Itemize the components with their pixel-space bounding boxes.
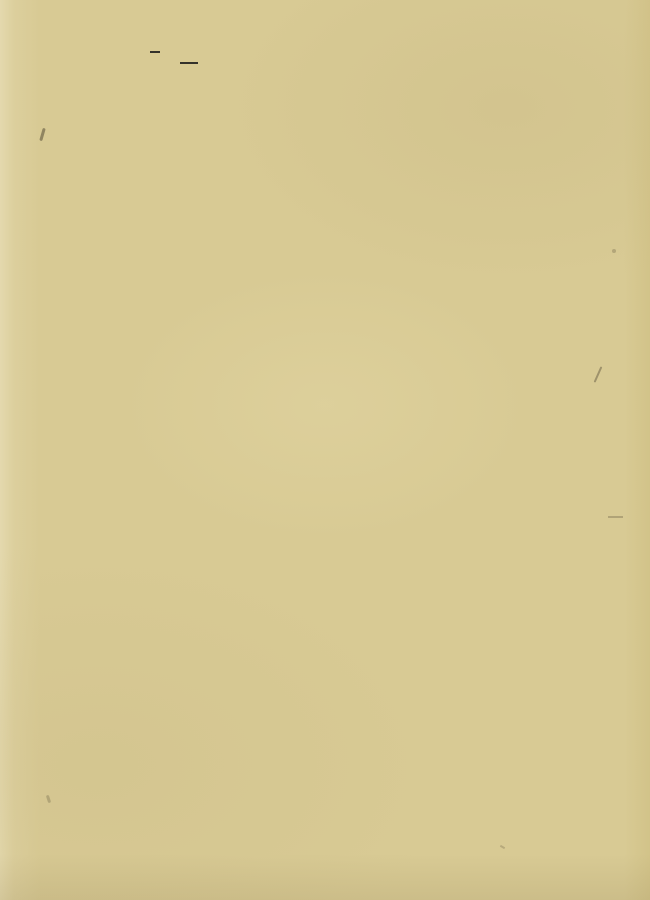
- handwritten-formula: [150, 33, 632, 69]
- formula-lhs-fraction: [150, 48, 160, 54]
- formula-rhs-fraction: [180, 38, 198, 65]
- ink-speck: [612, 249, 616, 253]
- margin-pen-mark: [594, 366, 603, 382]
- scanned-document-page: [0, 0, 650, 900]
- ink-speck: [500, 845, 505, 849]
- ink-speck: [39, 128, 45, 141]
- formula-rhs-numerator: [180, 38, 198, 64]
- page-content: [84, 33, 632, 73]
- margin-dash-mark: [608, 516, 623, 518]
- ink-speck: [46, 795, 51, 804]
- formula-minus-sign: [185, 38, 193, 58]
- formula-lhs-numerator: [150, 48, 160, 53]
